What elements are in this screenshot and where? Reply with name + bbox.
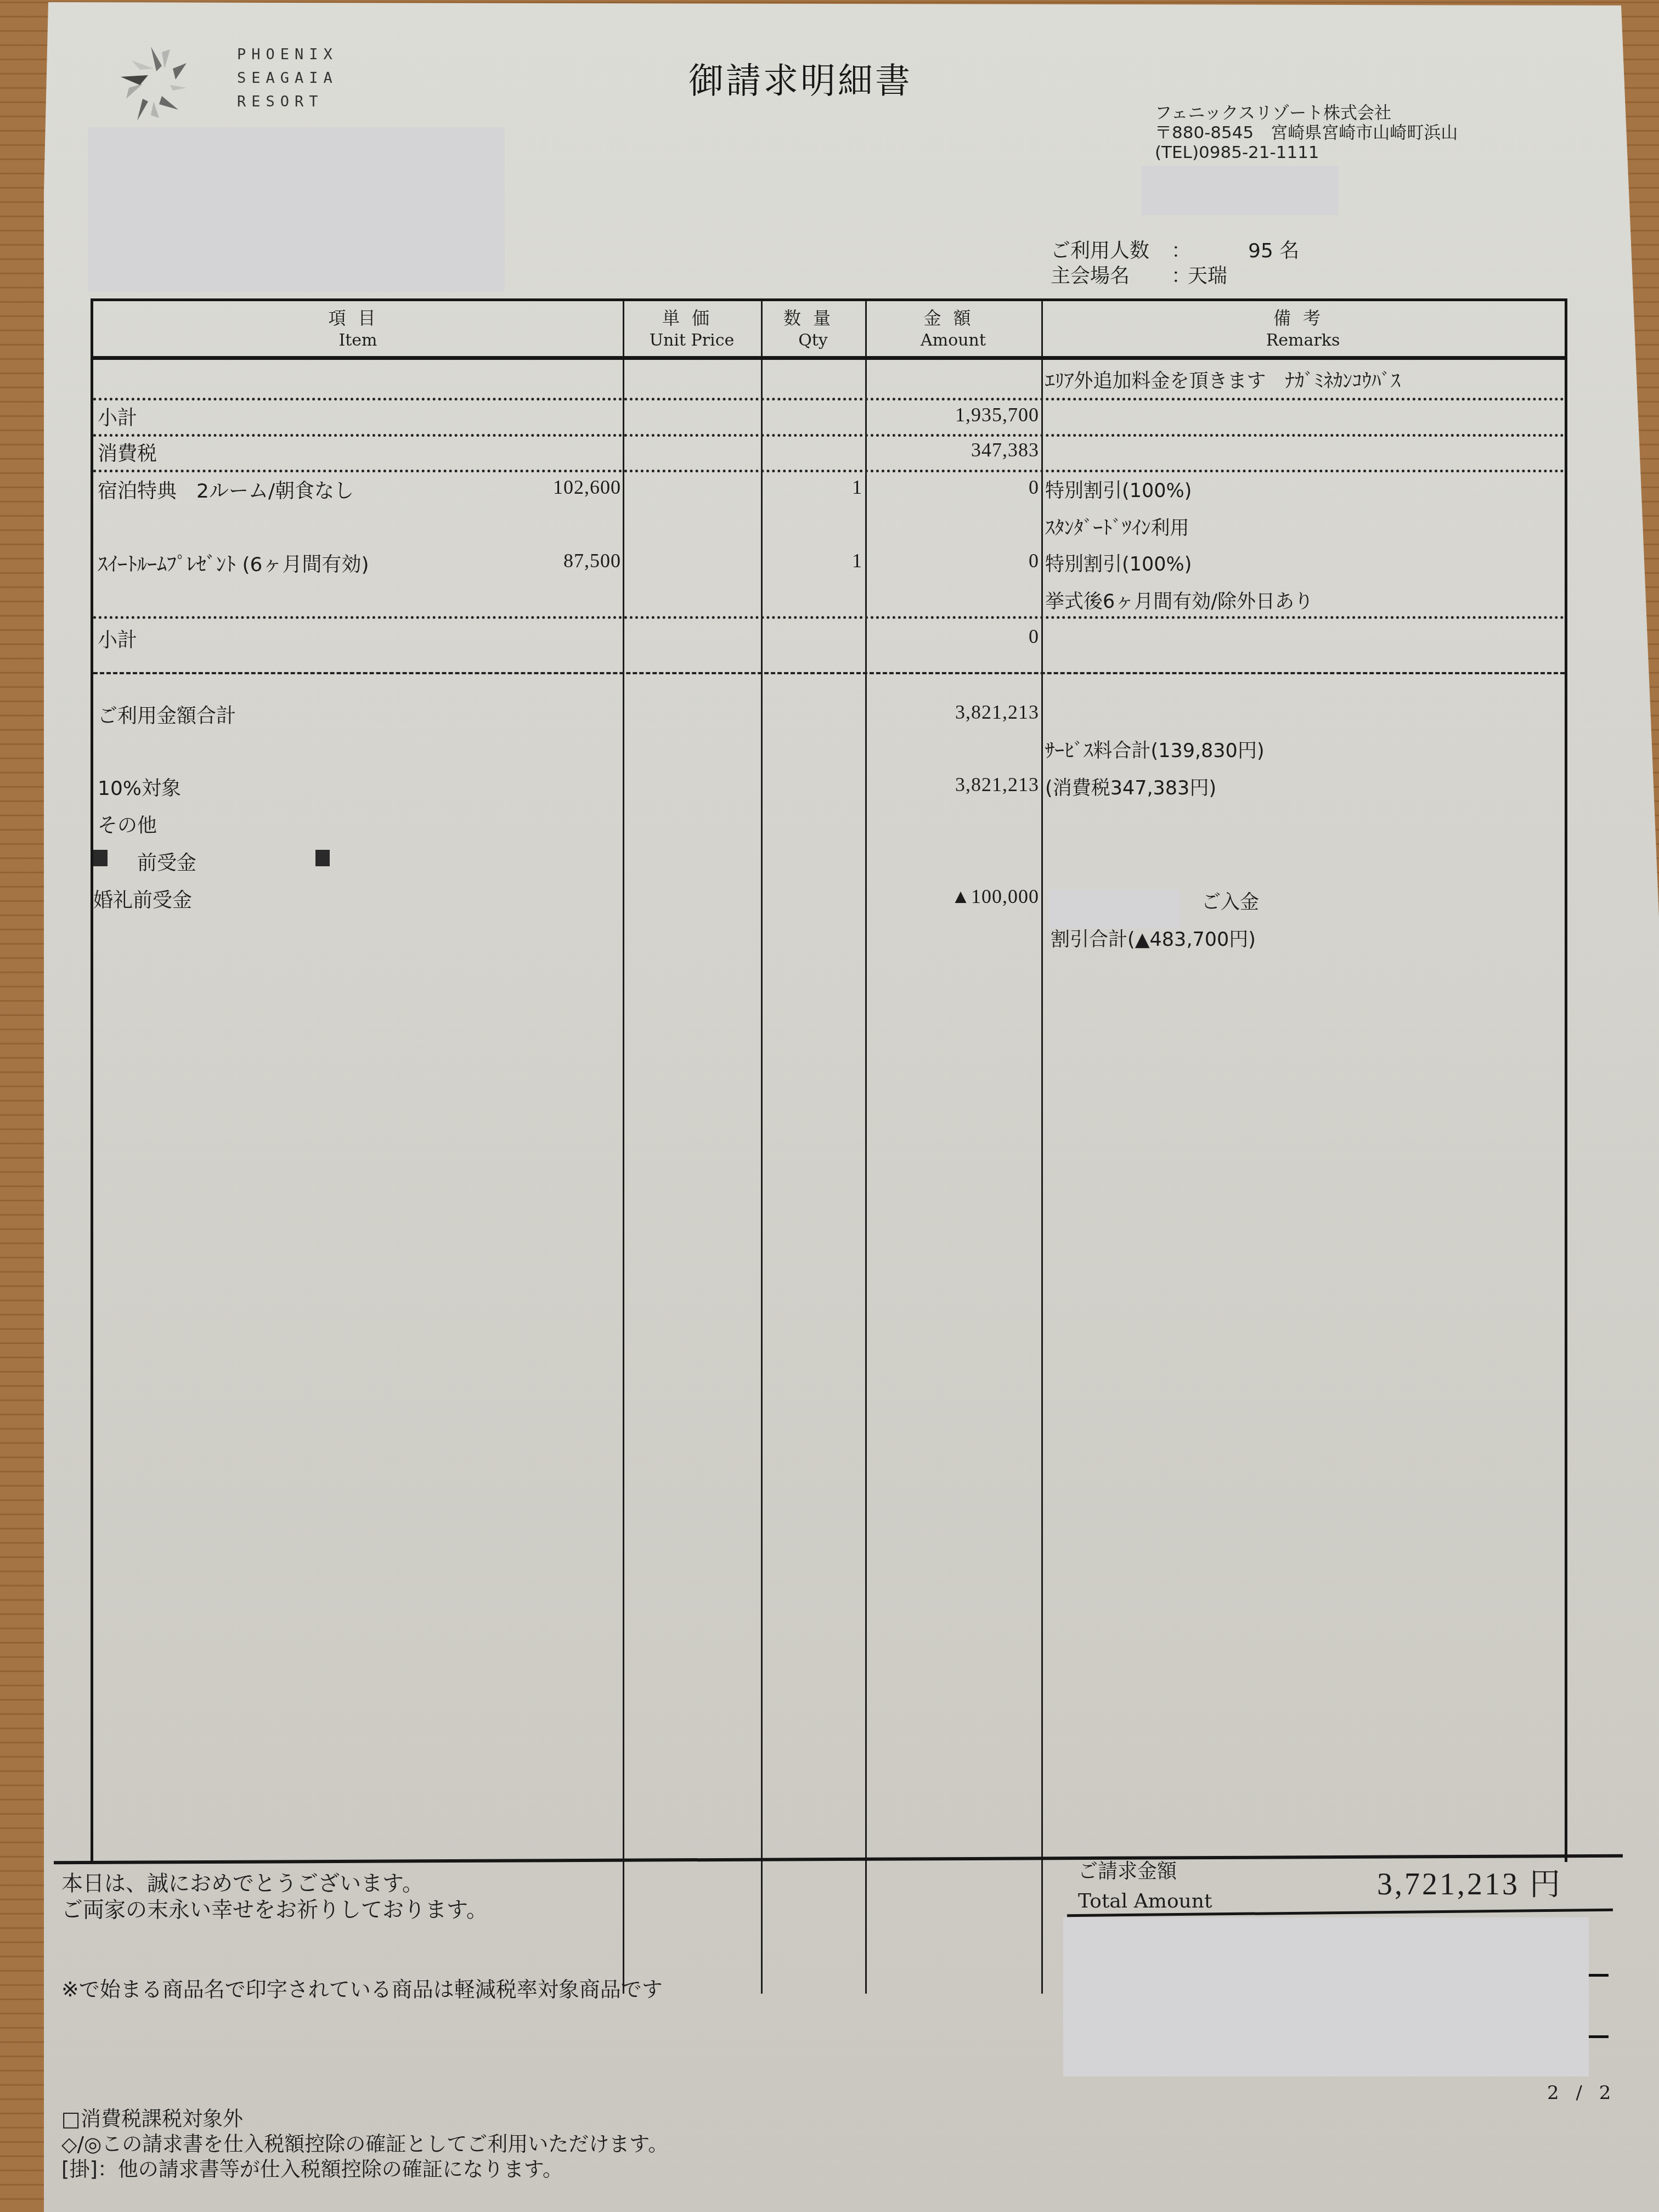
usage-info: ご利用人数：95 名 主会場名：天瑞	[1051, 239, 1299, 289]
table-row-remarks: ｽﾀﾝﾀﾞｰﾄﾞﾂｲﾝ利用	[1045, 513, 1189, 540]
table-row-amount: 347,383	[971, 438, 1039, 461]
summary-item-wedding-advance: 婚礼前受金	[93, 885, 192, 913]
tick-mark	[1589, 2035, 1609, 2038]
table-row-qty: 1	[852, 549, 862, 572]
redacted-staff	[1141, 166, 1339, 215]
table-row-amount: 0	[1029, 476, 1039, 499]
table-row-qty: 1	[852, 476, 862, 499]
redacted-recipient	[88, 127, 505, 292]
summary-item-10pct: 10%対象	[98, 773, 181, 801]
summary-remarks-payment: ご入金	[1201, 887, 1259, 915]
logo-wordmark: PHOENIX SEAGAIA RESORT	[237, 43, 338, 114]
company-info: フェニックスリゾート株式会社 〒880-8545 宮崎県宮崎市山崎町浜山 (TE…	[1155, 103, 1458, 162]
company-name: フェニックスリゾート株式会社	[1155, 103, 1458, 123]
summary-remarks-service-charge: ｻｰﾋﾞｽ料合計(139,830円)	[1045, 736, 1265, 763]
table-row-remarks: 挙式後6ヶ月間有効/除外日あり	[1045, 586, 1313, 614]
summary-item-advance: 前受金	[137, 848, 196, 876]
masked-mark-icon	[315, 850, 330, 866]
summary-item-other: その他	[98, 810, 157, 838]
table-row-remarks: ｴﾘｱ外追加料金を頂きます ﾅｶﾞﾐﾈｶﾝｺｳﾊﾞｽ	[1045, 366, 1401, 393]
summary-item-usage-total: ご利用金額合計	[98, 701, 236, 729]
tick-mark	[1589, 1974, 1609, 1977]
company-address: 〒880-8545 宮崎県宮崎市山崎町浜山	[1155, 123, 1458, 143]
summary-amount-wedding-advance: ▲100,000	[951, 885, 1039, 908]
document-title: 御請求明細書	[689, 53, 912, 103]
summary-remarks-tax: (消費税347,383円)	[1045, 773, 1216, 800]
guests-label: ご利用人数	[1051, 239, 1171, 264]
table-row-item: 小計	[98, 625, 137, 653]
header-qty: 数量Qty	[761, 301, 865, 356]
venue-label: 主会場名	[1051, 264, 1171, 289]
redacted-stamp-area	[1063, 1917, 1589, 2076]
header-remarks: 備考Remarks	[1041, 301, 1565, 356]
redacted-payment-date	[1049, 889, 1181, 929]
greeting-message: 本日は、誠におめでとうございます。 ご両家の末永い幸せをお祈りしております。	[61, 1871, 488, 1923]
table-row-item: 消費税	[98, 438, 157, 466]
masked-mark-icon	[93, 850, 108, 866]
page-number: 2 / 2	[1547, 2082, 1616, 2104]
reduced-tax-note: ※で始まる商品名で印字されている商品は軽減税率対象商品です	[61, 1972, 663, 2002]
total-amount-label: ご請求金額 Total Amount	[1078, 1857, 1212, 1916]
venue-value: 天瑞	[1188, 264, 1227, 289]
table-row-amount: 0	[1029, 549, 1039, 572]
phoenix-star-logo-icon	[118, 36, 189, 129]
summary-amount-usage-total: 3,821,213	[955, 701, 1039, 724]
header-amount: 金額Amount	[865, 301, 1041, 356]
summary-amount-10pct: 3,821,213	[955, 773, 1039, 796]
company-tel: (TEL)0985-21-1111	[1155, 143, 1458, 162]
tax-legend: □消費税課税対象外 ◇/◎この請求書を仕入税額控除の確証としてご利用いただけます…	[61, 2107, 668, 2182]
table-row-unit-price: 87,500	[563, 549, 621, 572]
table-row-unit-price: 102,600	[553, 476, 621, 499]
invoice-table: 項目Item 単価Unit Price 数量Qty 金額Amount 備考Rem…	[91, 298, 1567, 1862]
table-row-remarks: 特別割引(100%)	[1045, 476, 1192, 503]
summary-remarks-discount-total: 割引合計(▲483,700円)	[1051, 924, 1256, 952]
total-amount-value: 3,721,213 円	[1377, 1860, 1562, 1904]
table-row-amount: 0	[1029, 625, 1039, 648]
table-row-item: 宿泊特典 2ルーム/朝食なし	[98, 476, 354, 504]
table-row-remarks: 特別割引(100%)	[1045, 549, 1192, 577]
table-header: 項目Item 単価Unit Price 数量Qty 金額Amount 備考Rem…	[93, 301, 1565, 360]
table-row-item: ｽｲｰﾄﾙｰﾑﾌﾟﾚｾﾞﾝﾄ (6ヶ月間有効)	[98, 549, 369, 577]
table-row-amount: 1,935,700	[955, 403, 1039, 426]
guests-value: 95 名	[1248, 239, 1299, 264]
table-row-item: 小計	[98, 403, 137, 431]
header-unit-price: 単価Unit Price	[623, 301, 761, 356]
header-item: 項目Item	[93, 301, 623, 356]
